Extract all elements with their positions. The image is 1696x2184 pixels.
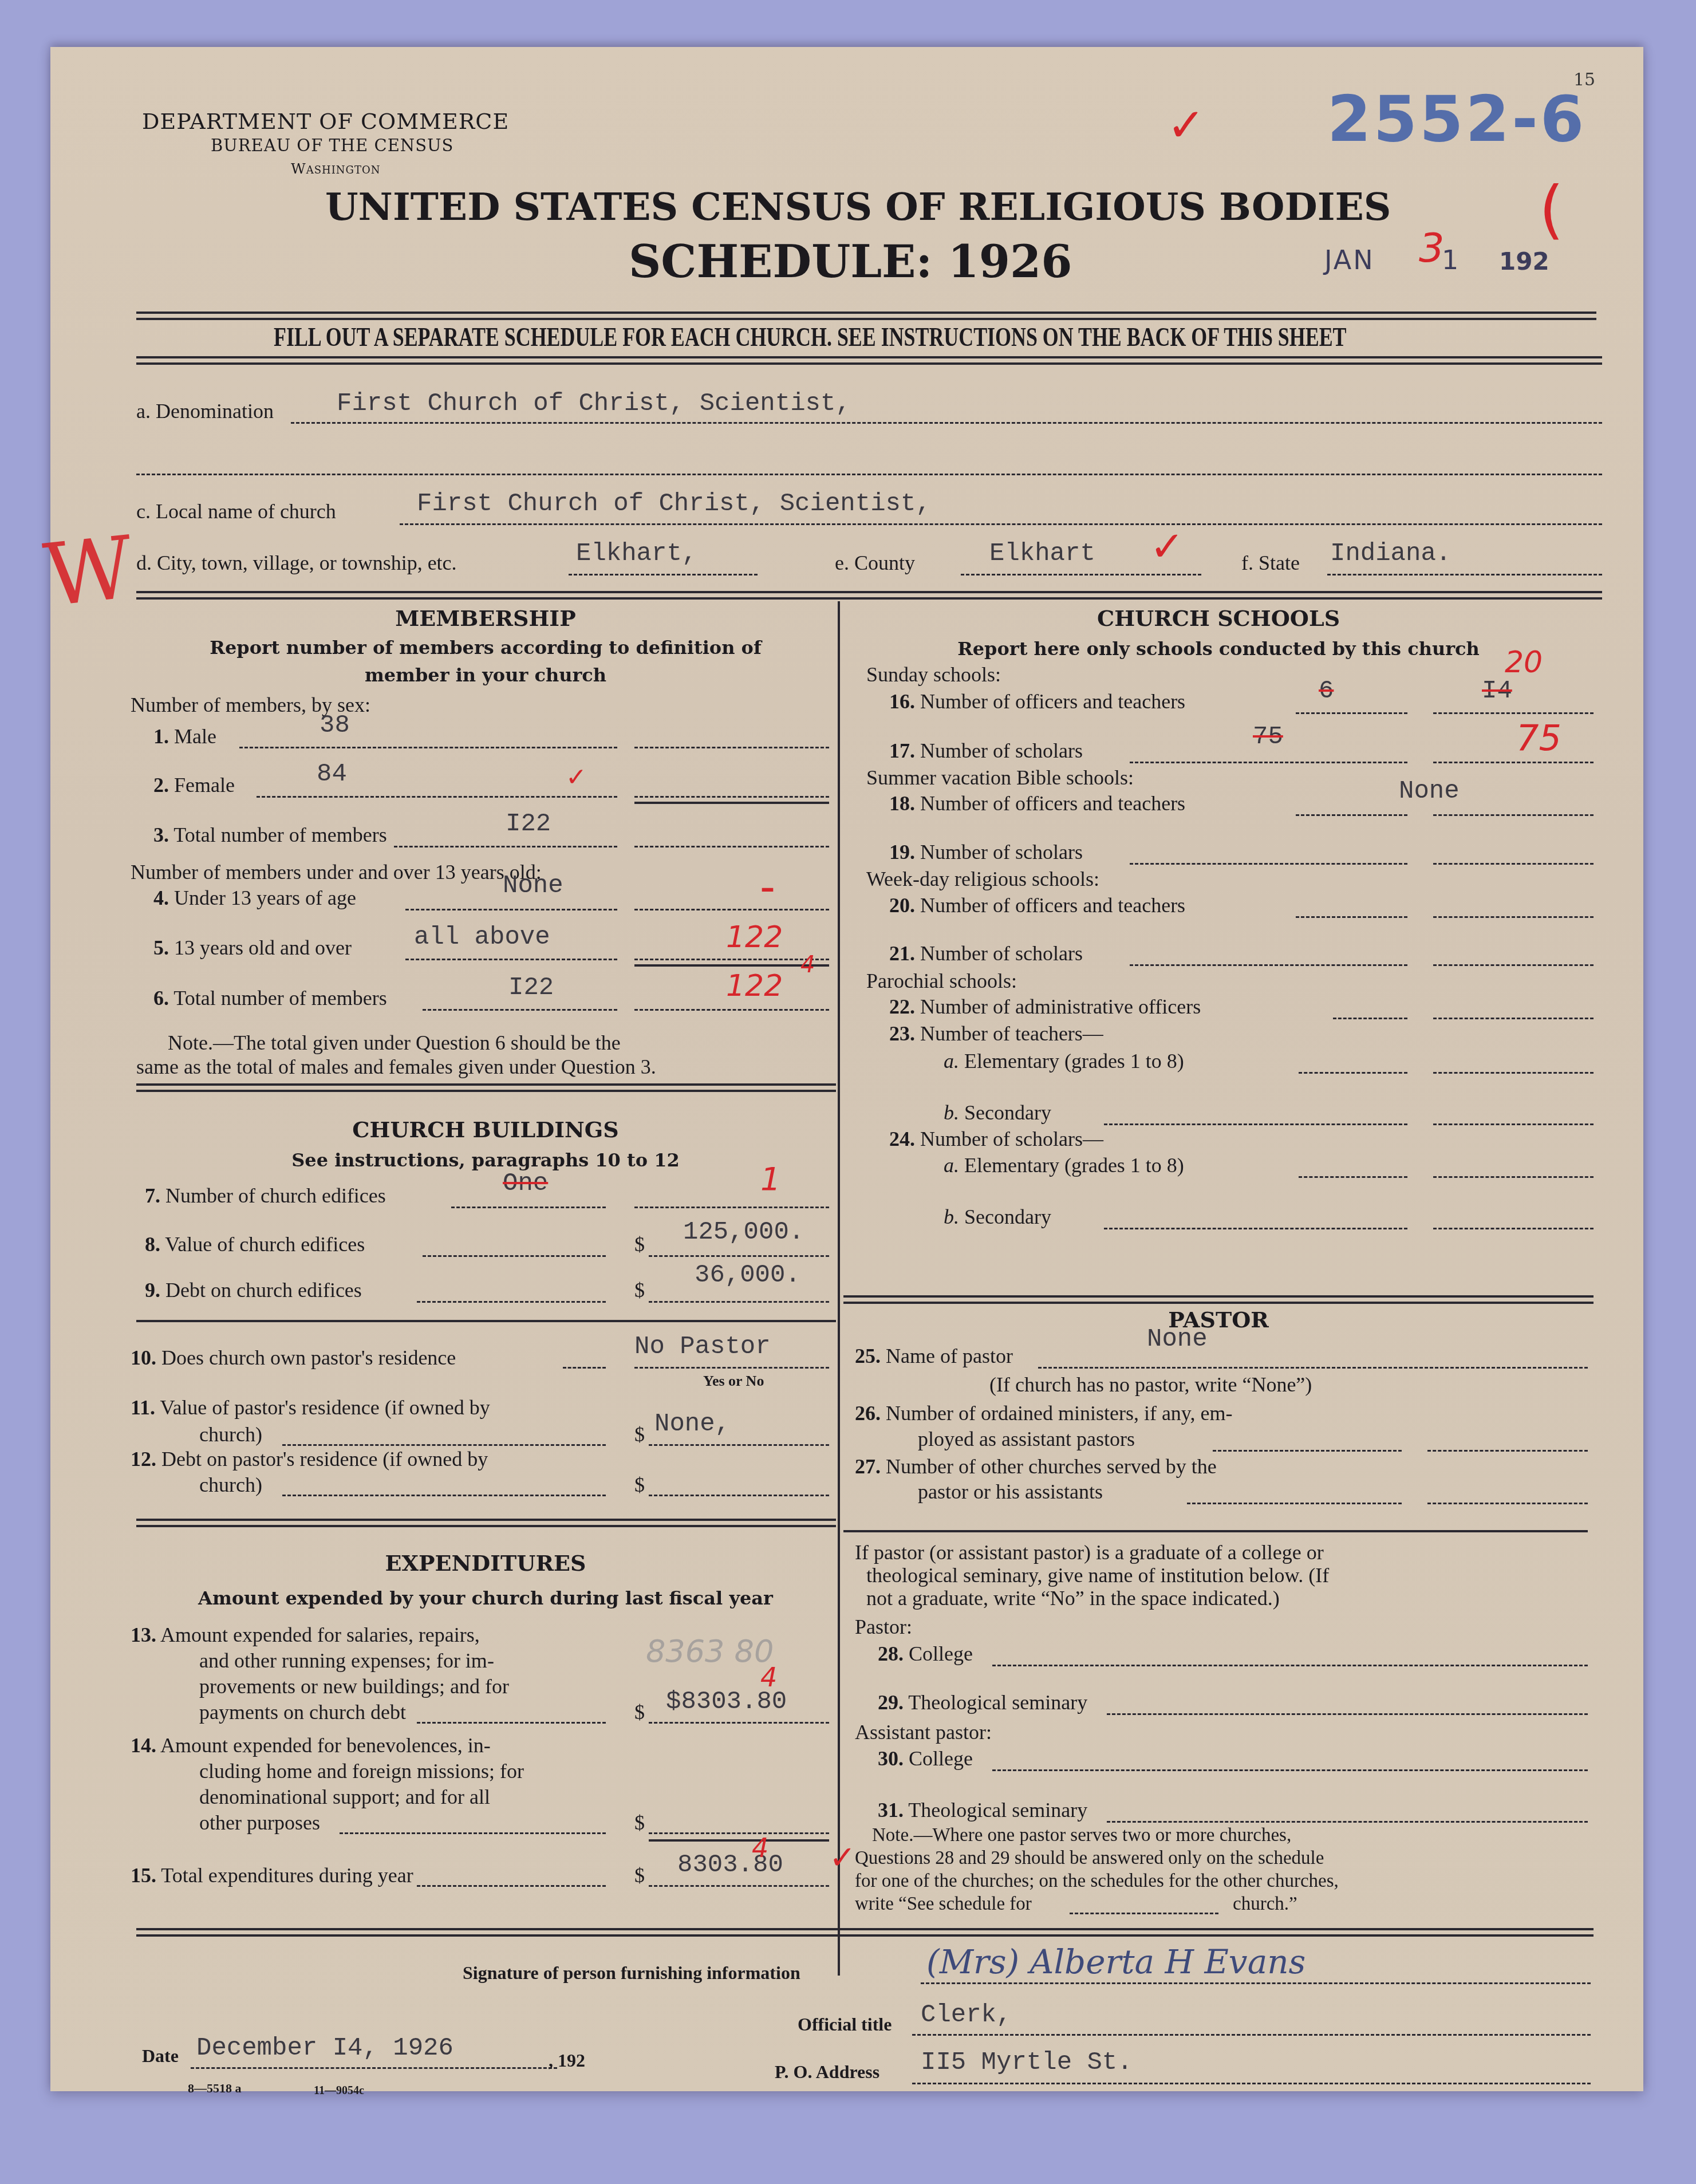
graduate-instructions-3: not a graduate, write “No” in the space … xyxy=(866,1586,1280,1610)
q12-label: Debt on pastor's residence (if owned by xyxy=(161,1448,488,1471)
q9-label: Debt on church edifices xyxy=(165,1279,362,1302)
q16-field[interactable] xyxy=(1296,712,1407,714)
pastor-name-value: None xyxy=(1147,1325,1208,1354)
q18-label: Number of officers and teachers xyxy=(920,792,1185,815)
q20-review-field[interactable] xyxy=(1433,916,1594,918)
q4-review-field[interactable] xyxy=(634,909,829,910)
q23-label: Number of teachers— xyxy=(920,1022,1103,1045)
denomination-value: First Church of Christ, Scientist, xyxy=(337,389,851,418)
sunday-schools-label: Sunday schools: xyxy=(866,663,1001,687)
q16-correction: 20 xyxy=(1505,645,1543,680)
q20-label: Number of officers and teachers xyxy=(920,894,1185,917)
q11-currency: $ xyxy=(634,1422,645,1446)
q8-currency: $ xyxy=(634,1232,645,1256)
q9-value-field[interactable] xyxy=(649,1301,829,1303)
bureau-city: Washington xyxy=(291,160,380,177)
q15-checkmark-icon: ✓ xyxy=(829,1839,856,1876)
q6-review-value: 122 xyxy=(726,969,783,1003)
signature-label: Signature of person furnishing informati… xyxy=(463,1962,800,1984)
city-label: d. City, town, village, or township, etc… xyxy=(136,551,457,575)
assistant-seminary-field[interactable] xyxy=(1107,1821,1588,1823)
q18-value: None xyxy=(1399,777,1460,806)
q13-number: 13. xyxy=(131,1623,156,1646)
address-label: P. O. Address xyxy=(775,2061,879,2083)
pastor-college-field[interactable] xyxy=(992,1665,1588,1666)
denomination-field[interactable] xyxy=(291,422,1602,424)
q19-review-field[interactable] xyxy=(1433,863,1594,865)
received-stamp-day-correction: 3 xyxy=(1419,224,1445,271)
q5-label: 13 years old and over xyxy=(174,936,352,959)
official-title-value: Clerk, xyxy=(921,2001,1011,2029)
official-title-label: Official title xyxy=(798,2014,892,2035)
q14-dots xyxy=(340,1832,606,1834)
q11-label: Value of pastor's residence (if owned by xyxy=(160,1396,490,1419)
q4-review-mark: – xyxy=(760,872,775,905)
schedule-title: SCHEDULE: 1926 xyxy=(629,236,1072,288)
q13-dots xyxy=(417,1722,606,1724)
q23a-review-field[interactable] xyxy=(1433,1072,1594,1074)
q5-over13-field[interactable] xyxy=(405,959,617,960)
red-bracket-mark: ( xyxy=(1539,173,1564,246)
membership-subheading-1: Report number of members according to de… xyxy=(136,637,835,659)
local-name-value: First Church of Christ, Scientist, xyxy=(417,490,931,518)
q15-label: Total expenditures during year xyxy=(161,1864,413,1887)
q3-number: 3. xyxy=(153,823,169,846)
q1-male-field[interactable] xyxy=(239,747,617,748)
corner-mark: 15 xyxy=(1573,70,1595,90)
q20-field[interactable] xyxy=(1296,916,1407,918)
q21-number: 21. xyxy=(889,942,915,965)
graduate-instructions-1: If pastor (or assistant pastor) is a gra… xyxy=(855,1540,1324,1564)
underline xyxy=(634,802,829,804)
q10-label: Does church own pastor's residence xyxy=(161,1346,456,1369)
q21-label: Number of scholars xyxy=(920,942,1083,965)
q31-label: Theological seminary xyxy=(908,1799,1087,1822)
q24b-letter: b. xyxy=(944,1205,959,1228)
pastor-note-4a: write “See schedule for xyxy=(855,1894,1032,1915)
graduate-instructions-2: theological seminary, give name of insti… xyxy=(866,1563,1329,1587)
q6-number: 6. xyxy=(153,987,169,1010)
weekday-schools-label: Week-day religious schools: xyxy=(866,867,1099,891)
q24-number: 24. xyxy=(889,1128,915,1150)
expenditures-subheading: Amount expended by your church during la… xyxy=(136,1587,835,1609)
double-rule xyxy=(136,1928,1594,1937)
q23b-field[interactable] xyxy=(1104,1123,1407,1125)
underline xyxy=(649,1839,829,1842)
pastor-name-hint: (If church has no pastor, write “None”) xyxy=(989,1373,1312,1397)
assistant-college-field[interactable] xyxy=(992,1769,1588,1771)
parochial-schools-label: Parochial schools: xyxy=(866,969,1017,993)
q3-label: Total number of members xyxy=(173,823,386,846)
q4-label: Under 13 years of age xyxy=(174,886,356,909)
q22-label: Number of administrative officers xyxy=(920,995,1201,1018)
signature-field[interactable] xyxy=(921,1982,1591,1984)
file-number: 2552-6 xyxy=(1327,82,1586,156)
q16-number: 16. xyxy=(889,690,915,713)
q14-label-4: other purposes xyxy=(199,1811,320,1835)
date-suffix: , 192 xyxy=(549,2050,585,2071)
double-rule xyxy=(136,1519,836,1527)
date-value: December I4, 1926 xyxy=(196,2034,453,2063)
address-field[interactable] xyxy=(912,2083,1591,2084)
form-code: 8—5518 a xyxy=(188,2081,242,2096)
official-title-field[interactable] xyxy=(912,2034,1591,2036)
q14-label-3: denominational support; and for all xyxy=(199,1785,490,1809)
q12-dots xyxy=(282,1495,606,1496)
q29-label: Theological seminary xyxy=(908,1691,1087,1714)
underline xyxy=(634,964,829,967)
double-rule xyxy=(136,312,1596,320)
q2-number: 2. xyxy=(153,774,169,797)
q17-field[interactable] xyxy=(1130,762,1407,763)
q12-currency: $ xyxy=(634,1473,645,1497)
rule xyxy=(843,1530,1588,1532)
schools-subheading: Report here only schools conducted by th… xyxy=(843,638,1594,660)
q16-value: 6 xyxy=(1319,677,1334,705)
q9-currency: $ xyxy=(634,1278,645,1302)
q12-number: 12. xyxy=(131,1448,156,1471)
q17-value: 75 xyxy=(1253,723,1283,751)
membership-note-line-1: Note.—The total given under Question 6 s… xyxy=(168,1031,621,1055)
date-field[interactable] xyxy=(191,2067,557,2069)
q17-review-field[interactable] xyxy=(1433,762,1594,763)
q30-number: 30. xyxy=(878,1747,904,1770)
q14-number: 14. xyxy=(131,1734,156,1757)
q8-number: 8. xyxy=(145,1233,160,1256)
q1-number: 1. xyxy=(153,725,169,748)
membership-note-line-2: same as the total of males and females g… xyxy=(136,1055,656,1079)
q24a-label: Elementary (grades 1 to 8) xyxy=(964,1154,1184,1177)
q24b-field[interactable] xyxy=(1104,1228,1407,1229)
q15-value-field[interactable] xyxy=(649,1885,829,1887)
q13-value-field[interactable] xyxy=(649,1722,829,1724)
q21-field[interactable] xyxy=(1130,964,1407,966)
q5-over13-value: all above xyxy=(414,923,550,952)
q18-field[interactable] xyxy=(1296,814,1407,816)
q27-review-field[interactable] xyxy=(1427,1503,1588,1504)
q8-value-field[interactable] xyxy=(649,1255,829,1257)
double-rule xyxy=(843,1295,1594,1304)
q13-label-4: payments on church debt xyxy=(199,1700,406,1724)
q8-dots xyxy=(423,1255,606,1257)
q10-hint: Yes or No xyxy=(703,1373,764,1390)
q8-value: 125,000. xyxy=(683,1218,804,1247)
red-checkmark-icon: ✓ xyxy=(1167,98,1205,152)
q28-number: 28. xyxy=(878,1642,904,1665)
q26-field[interactable] xyxy=(1213,1450,1402,1452)
q23a-label: Elementary (grades 1 to 8) xyxy=(964,1050,1184,1073)
q16-label: Number of officers and teachers xyxy=(920,690,1185,713)
q14-label-2: cluding home and foreign missions; for xyxy=(199,1759,524,1783)
county-label: e. County xyxy=(835,551,915,575)
q23a-field[interactable] xyxy=(1299,1072,1407,1074)
q7-review-field[interactable] xyxy=(634,1207,829,1208)
q24a-letter: a. xyxy=(944,1154,959,1177)
q14-label-1: Amount expended for benevolences, in- xyxy=(160,1734,491,1757)
expenditures-heading: EXPENDITURES xyxy=(136,1550,835,1576)
q7-review-value: 1 xyxy=(760,1161,781,1198)
q16-value-2: I4 xyxy=(1482,677,1512,705)
q26-label-1: Number of ordained ministers, if any, em… xyxy=(886,1402,1233,1425)
q11-value-field[interactable] xyxy=(649,1444,829,1446)
q26-number: 26. xyxy=(855,1402,881,1425)
document-title: UNITED STATES CENSUS OF RELIGIOUS BODIES xyxy=(325,184,1391,229)
rule xyxy=(136,1320,836,1322)
q7-edifices-field[interactable] xyxy=(451,1207,606,1208)
q5-number: 5. xyxy=(153,936,169,959)
q17-review-value: 75 xyxy=(1516,717,1561,759)
q30-label: College xyxy=(909,1747,973,1770)
q15-dots xyxy=(417,1885,606,1887)
q20-number: 20. xyxy=(889,894,915,917)
q11-number: 11. xyxy=(131,1396,155,1419)
q26-label-2: ployed as assistant pastors xyxy=(918,1427,1135,1451)
q15-correction: 4 xyxy=(752,1832,768,1863)
q23b-label: Secondary xyxy=(964,1101,1051,1124)
q7-number: 7. xyxy=(145,1184,160,1207)
received-stamp-year: 192 xyxy=(1499,247,1549,275)
q8-label: Value of church edifices xyxy=(165,1233,365,1256)
q31-number: 31. xyxy=(878,1799,904,1822)
q1-male-value: 38 xyxy=(320,711,350,740)
q22-number: 22. xyxy=(889,995,915,1018)
local-name-label: c. Local name of church xyxy=(136,499,336,523)
q27-label-2: pastor or his assistants xyxy=(918,1480,1103,1504)
q26-review-field[interactable] xyxy=(1427,1450,1588,1452)
q16-review-field[interactable] xyxy=(1433,712,1594,714)
q24-label: Number of scholars— xyxy=(920,1128,1103,1150)
denomination-field-line-2[interactable] xyxy=(136,474,1602,475)
signature-value: (Mrs) Alberta H Evans xyxy=(926,1942,1305,1981)
pastor-note-4b: church.” xyxy=(1233,1894,1297,1915)
pastor-name-field[interactable] xyxy=(1038,1367,1588,1369)
pastor-note-2: Questions 28 and 29 should be answered o… xyxy=(855,1848,1324,1869)
q4-number: 4. xyxy=(153,886,169,909)
buildings-subheading: See instructions, paragraphs 10 to 12 xyxy=(136,1149,835,1171)
department-name: DEPARTMENT OF COMMERCE xyxy=(142,109,509,134)
q13-label-3: provements or new buildings; and for xyxy=(199,1674,509,1698)
membership-subheading-2: member in your church xyxy=(136,664,835,686)
q13-label-1: Amount expended for salaries, repairs, xyxy=(160,1623,480,1646)
summer-schools-label: Summer vacation Bible schools: xyxy=(866,766,1134,790)
q15-number: 15. xyxy=(131,1864,156,1887)
address-value: II5 Myrtle St. xyxy=(921,2048,1133,2077)
q23a-letter: a. xyxy=(944,1050,959,1073)
q1-review-field[interactable] xyxy=(634,747,829,748)
q17-label: Number of scholars xyxy=(920,739,1083,762)
double-rule xyxy=(136,1083,836,1092)
q5-review-value: 122 xyxy=(726,920,783,955)
q10-yes-no-field[interactable] xyxy=(634,1367,829,1369)
q22-review-field[interactable] xyxy=(1433,1018,1594,1019)
pastor-note-3: for one of the churches; on the schedule… xyxy=(855,1871,1339,1892)
q18-number: 18. xyxy=(889,792,915,815)
received-stamp-day: 1 xyxy=(1442,245,1458,275)
q24b-review-field[interactable] xyxy=(1433,1228,1594,1229)
city-field[interactable] xyxy=(569,574,758,575)
date-label: Date xyxy=(142,2045,179,2067)
see-schedule-church-field[interactable] xyxy=(1070,1913,1218,1914)
column-divider xyxy=(838,601,840,1976)
q18-review-field[interactable] xyxy=(1433,814,1594,816)
assistant-pastor-label: Assistant pastor: xyxy=(855,1720,992,1744)
q11-value: None, xyxy=(654,1410,730,1438)
q6-label: Total number of members xyxy=(173,987,386,1010)
q3-total-value: I22 xyxy=(506,810,551,838)
q19-field[interactable] xyxy=(1130,863,1407,865)
q25-number: 25. xyxy=(855,1345,881,1367)
q3-total-field[interactable] xyxy=(394,846,617,847)
census-schedule-page: DEPARTMENT OF COMMERCE BUREAU OF THE CEN… xyxy=(50,47,1643,2091)
q13-label-2: and other running expenses; for im- xyxy=(199,1649,494,1673)
q3-tick-icon: ✓ xyxy=(566,763,587,792)
q9-dots xyxy=(417,1301,606,1303)
q9-value: 36,000. xyxy=(695,1261,800,1290)
q17-number: 17. xyxy=(889,739,915,762)
q2-review-field[interactable] xyxy=(634,796,829,798)
q11-label-cont: church) xyxy=(199,1422,262,1446)
state-field[interactable] xyxy=(1327,574,1602,575)
q24a-review-field[interactable] xyxy=(1433,1176,1594,1178)
q6-total-value: I22 xyxy=(508,973,554,1002)
q28-label: College xyxy=(909,1642,973,1665)
pastor-note-1: Note.—Where one pastor serves two or mor… xyxy=(872,1825,1291,1846)
q24a-field[interactable] xyxy=(1299,1176,1407,1178)
q27-label-1: Number of other churches served by the xyxy=(886,1455,1217,1478)
q12-value-field[interactable] xyxy=(649,1495,829,1496)
local-name-field[interactable] xyxy=(400,523,1602,525)
q13-correction: 4 xyxy=(760,1662,777,1693)
q25-label: Name of pastor xyxy=(886,1345,1013,1367)
buildings-heading: CHURCH BUILDINGS xyxy=(136,1117,835,1142)
q22-field[interactable] xyxy=(1333,1018,1407,1019)
q27-number: 27. xyxy=(855,1455,881,1478)
instruction-banner: FILL OUT A SEPARATE SCHEDULE FOR EACH CH… xyxy=(274,322,1347,352)
pastor-heading: PASTOR xyxy=(843,1307,1594,1333)
q29-number: 29. xyxy=(878,1691,904,1714)
city-value: Elkhart, xyxy=(576,539,697,568)
bureau-name: BUREAU OF THE CENSUS xyxy=(211,136,453,155)
q5-review-field[interactable] xyxy=(634,959,829,960)
q10-value: No Pastor xyxy=(634,1333,771,1361)
q6-review-field[interactable] xyxy=(634,1009,829,1011)
double-rule xyxy=(136,591,1602,600)
q12-label-cont: church) xyxy=(199,1473,262,1497)
q6-superscript-mark: 4 xyxy=(800,952,815,978)
pastor-seminary-field[interactable] xyxy=(1107,1713,1588,1715)
age-group-label: Number of members under and over 13 year… xyxy=(131,860,542,884)
q1-label: Male xyxy=(174,725,216,748)
print-code: 11—9054c xyxy=(314,2084,364,2098)
q7-label: Number of church edifices xyxy=(165,1184,386,1207)
schools-heading: CHURCH SCHOOLS xyxy=(843,605,1594,631)
double-rule xyxy=(136,356,1602,365)
q24b-label: Secondary xyxy=(964,1205,1051,1228)
q11-dots xyxy=(282,1444,606,1446)
q10-dots xyxy=(563,1367,606,1369)
q10-number: 10. xyxy=(131,1346,156,1369)
county-value: Elkhart xyxy=(989,539,1095,568)
received-stamp-month: JAN xyxy=(1324,245,1375,275)
pastor-subsection-label: Pastor: xyxy=(855,1615,912,1639)
county-checkmark-icon: ✓ xyxy=(1150,522,1184,570)
q14-value-field[interactable] xyxy=(649,1832,829,1834)
q2-female-value: 84 xyxy=(317,760,347,789)
q3-review-field[interactable] xyxy=(634,846,829,847)
county-field[interactable] xyxy=(961,574,1201,575)
q2-female-field[interactable] xyxy=(257,796,617,798)
denomination-label: a. Denomination xyxy=(136,399,274,423)
q15-currency: $ xyxy=(634,1863,645,1887)
q13-currency: $ xyxy=(634,1700,645,1724)
q6-total-field[interactable] xyxy=(423,1009,617,1011)
q7-edifices-value: One xyxy=(503,1169,548,1198)
q2-label: Female xyxy=(174,774,235,797)
q21-review-field[interactable] xyxy=(1433,964,1594,966)
state-label: f. State xyxy=(1241,551,1300,575)
q27-field[interactable] xyxy=(1187,1503,1402,1504)
q23-number: 23. xyxy=(889,1022,915,1045)
q19-number: 19. xyxy=(889,841,915,864)
q14-currency: $ xyxy=(634,1811,645,1835)
q19-label: Number of scholars xyxy=(920,841,1083,864)
state-value: Indiana. xyxy=(1330,539,1451,568)
q13-pencil-note: 8363 80 xyxy=(646,1633,774,1669)
q9-number: 9. xyxy=(145,1279,160,1302)
q4-under13-field[interactable] xyxy=(405,909,617,910)
membership-heading: MEMBERSHIP xyxy=(136,605,835,631)
margin-red-w-mark: W xyxy=(40,518,138,626)
q4-under13-value: None xyxy=(503,872,563,900)
q23b-review-field[interactable] xyxy=(1433,1123,1594,1125)
q23b-letter: b. xyxy=(944,1101,959,1124)
